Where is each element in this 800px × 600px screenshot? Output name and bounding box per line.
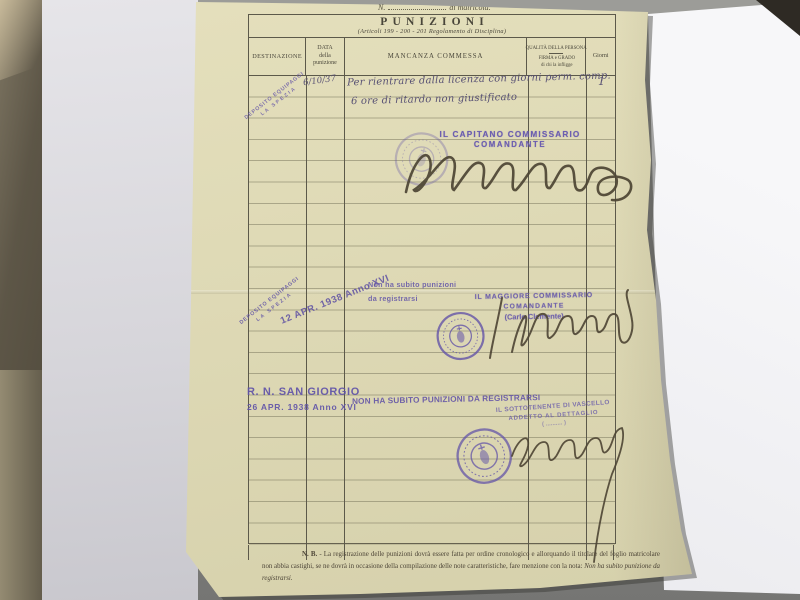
header-divider-dash <box>549 53 563 54</box>
handwritten-days-value: 1 <box>598 75 605 88</box>
table-title-cell: PUNIZIONI (Articoli 199 - 200 - 201 Rego… <box>249 15 615 38</box>
table-subtitle: (Articoli 199 - 200 - 201 Regolamento di… <box>249 28 615 35</box>
no-punishment-stamp-small: Non ha subito punizioni da registrarsi <box>368 278 456 305</box>
column-line-1 <box>306 76 307 560</box>
matricola-suffix: di matricola. <box>449 3 490 12</box>
column-line-left-stub <box>248 545 249 560</box>
matricola-line: N.di matricola. <box>378 1 491 12</box>
matricola-dotted-line <box>388 1 446 10</box>
column-header-data: DATA della punizione <box>306 38 345 75</box>
signature-lieutenant <box>500 416 635 566</box>
footer-note: N. B. - La registrazione delle punizioni… <box>262 549 660 584</box>
document-photo: N.di matricola. PUNIZIONI (Articoli 199 … <box>0 0 800 600</box>
column-header-mancanza: MANCANZA COMMESSA <box>345 38 528 75</box>
under-sheet <box>42 0 198 600</box>
signature-captain <box>392 134 640 214</box>
ship-name-stamp: R. N. SAN GIORGIO 26 APR. 1938 Anno XVI <box>247 385 360 415</box>
signature-major <box>482 282 640 370</box>
column-line-2 <box>344 76 345 560</box>
matricola-n-label: N. <box>378 3 385 12</box>
table-title: PUNIZIONI <box>249 16 615 28</box>
column-header-destinazione: DESTINAZIONE <box>249 38 306 75</box>
column-header-giorni: Giorni <box>586 38 615 75</box>
footer-nb-label: N. B. <box>302 551 317 558</box>
column-header-qualita: QUALITÀ DELLA PERSONA FIRMA e GRADO di c… <box>527 38 586 75</box>
